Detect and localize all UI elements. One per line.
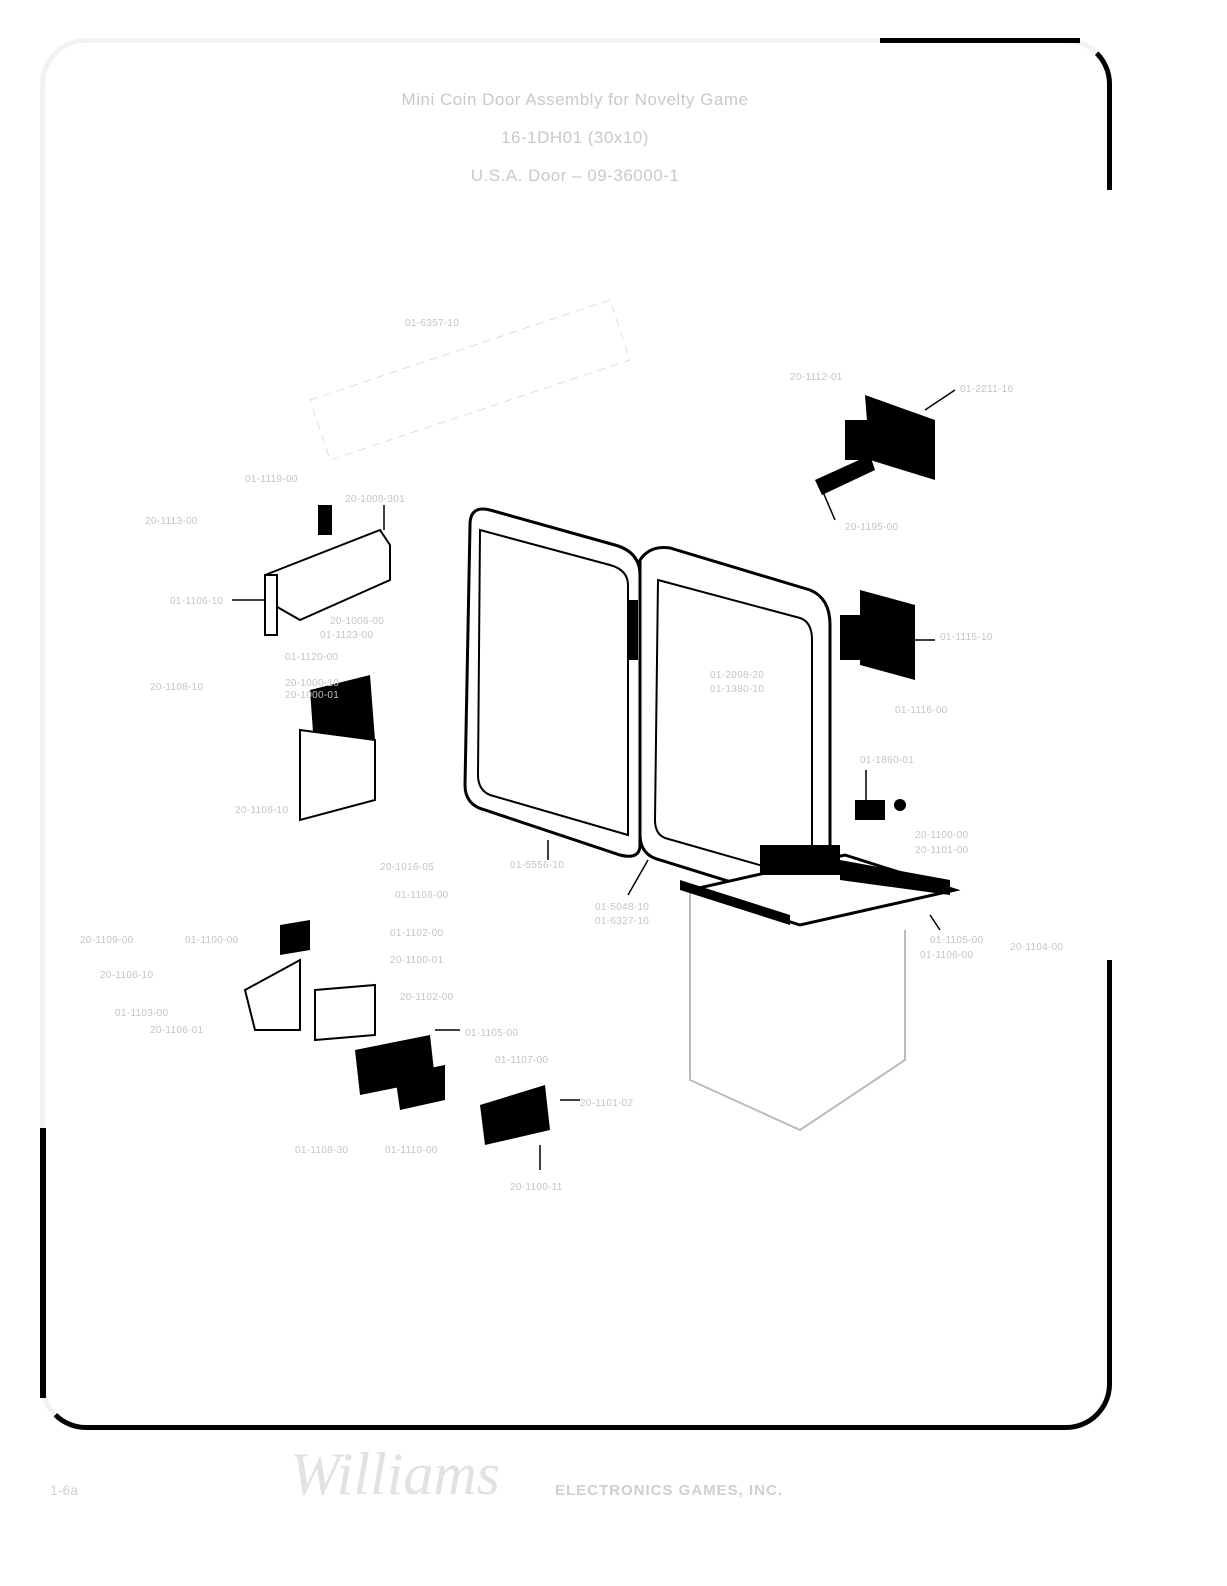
part-label: 01-1860-01 (860, 755, 914, 766)
part-label: 01-1115-10 (940, 632, 993, 643)
part-label: 20-1102-00 (400, 992, 453, 1003)
part-label: 01-1105-00 (465, 1028, 518, 1039)
part-label: 01-1123-00 (320, 630, 373, 641)
part-label: 01-1380-10 (710, 684, 764, 695)
part-label: 20-1100-01 (390, 955, 443, 966)
part-label: 01-1110-00 (385, 1145, 438, 1156)
part-label: 01-1107-00 (495, 1055, 548, 1066)
part-label: 20-1112-01 (790, 372, 843, 383)
part-label: 20-1104-00 (1010, 942, 1063, 953)
part-label: 01-2098-20 (710, 670, 764, 681)
part-label: 01-1106-00 (920, 950, 973, 961)
part-label: 01-5048-10 (595, 902, 649, 913)
part-label: 01-1103-00 (115, 1008, 168, 1019)
brand-logo: Williams (290, 1440, 500, 1509)
part-label: 20-1106-10 (100, 970, 153, 981)
part-label: 20-1109-00 (80, 935, 133, 946)
part-label: 01-1106-10 (170, 596, 223, 607)
part-label: 20-1008-301 (345, 494, 405, 505)
part-label: 01-1108-30 (295, 1145, 348, 1156)
part-label: 01-5556-10 (510, 860, 564, 871)
part-label: 01-6357-10 (405, 318, 459, 329)
part-label: 01-1120-00 (285, 652, 338, 663)
part-label: 01-1116-00 (895, 705, 948, 716)
part-label: 20-1000-10 (285, 678, 339, 689)
part-label: 01-1102-00 (390, 928, 443, 939)
part-label: 20-1016-05 (380, 862, 434, 873)
part-label: 20-1000-01 (285, 690, 339, 701)
part-label: 20-1113-00 (145, 516, 198, 527)
part-label: 01-6327-10 (595, 916, 649, 927)
part-label: 01-2211-16 (960, 384, 1013, 395)
page-number: 1-6a (50, 1482, 78, 1498)
company-name: ELECTRONICS GAMES, INC. (555, 1482, 783, 1499)
part-label: 20-1100-00 (915, 830, 968, 841)
part-label: 01-1100-00 (185, 935, 238, 946)
exploded-parts-illustration (0, 0, 1227, 1586)
part-label: 01-1108-00 (395, 890, 448, 901)
part-label: 01-1105-00 (930, 935, 983, 946)
part-label: 20-1108-10 (235, 805, 288, 816)
part-label: 20-1106-01 (150, 1025, 203, 1036)
part-label: 20-1101-02 (580, 1098, 633, 1109)
part-label: 20-1108-10 (150, 682, 203, 693)
part-label: 01-1119-00 (245, 474, 298, 485)
part-label: 20-1006-00 (330, 616, 384, 627)
part-label: 20-1100-11 (510, 1182, 563, 1193)
part-label: 20-1101-00 (915, 845, 968, 856)
part-label: 20-1195-00 (845, 522, 898, 533)
